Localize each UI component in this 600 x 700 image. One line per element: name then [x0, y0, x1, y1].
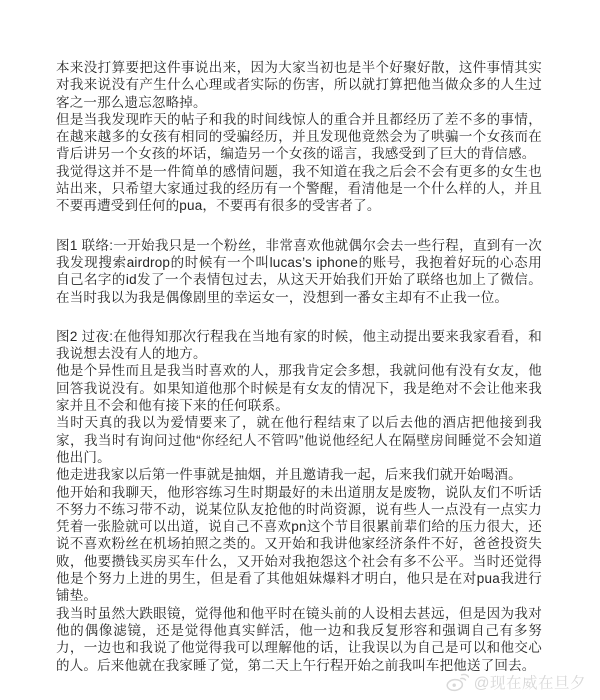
preface-paragraph-1: 本来没打算要把这件事说出来，因为大家当初也是半个好聚好散，这件事情其实对我来说没…	[56, 59, 542, 111]
figure2-paragraph-4: 他走进我家以后第一件事就是抽烟，并且邀请我一起，后来我们就开始喝酒。	[56, 466, 542, 483]
weibo-longpost-screenshot: 本来没打算要把这件事说出来，因为大家当初也是半个好聚好散，这件事情其实对我来说没…	[0, 0, 600, 700]
preface-paragraph-3: 我觉得这并不是一件简单的感情问题，我不知道在我之后会不会有更多的女生也站出来，只…	[56, 163, 542, 215]
figure2-paragraph-6: 我当时虽然大跌眼镜，觉得他和他平时在镜头前的人设相去甚远，但是因为我对他的偶像滤…	[56, 605, 542, 674]
figure2-paragraph-1: 图2 过夜:在他得知那次行程我在当地有家的时候，他主动提出要来我家看看，和我说想…	[56, 328, 542, 363]
watermark-username: @现在威在旦夕	[474, 671, 586, 693]
figure1-section-paragraph: 图1 联络:一开始我只是一个粉丝，非常喜欢他就偶尔会去一些行程，直到有一次我发现…	[56, 237, 542, 306]
figure2-paragraph-2: 他是个异性而且是我当时喜欢的人，那我肯定会多想，我就问他有没有女友，他回答我说没…	[56, 362, 542, 414]
figure2-paragraph-5: 他开始和我聊天，他形容练习生时期最好的未出道朋友是废物，说队友们不听话不努力不练…	[56, 484, 542, 605]
post-body-text: 本来没打算要把这件事说出来，因为大家当初也是半个好聚好散，这件事情其实对我来说没…	[56, 59, 542, 674]
figure2-paragraph-3: 当时天真的我以为爱情要来了，就在他行程结束了以后去他的酒店把他接到我家，我当时有…	[56, 414, 542, 466]
weibo-watermark: @现在威在旦夕	[445, 671, 586, 693]
weibo-logo-icon	[445, 672, 469, 692]
preface-paragraph-2: 但是当我发现昨天的帖子和我的时间线惊人的重合并且都经历了差不多的事情，在越来越多…	[56, 111, 542, 163]
